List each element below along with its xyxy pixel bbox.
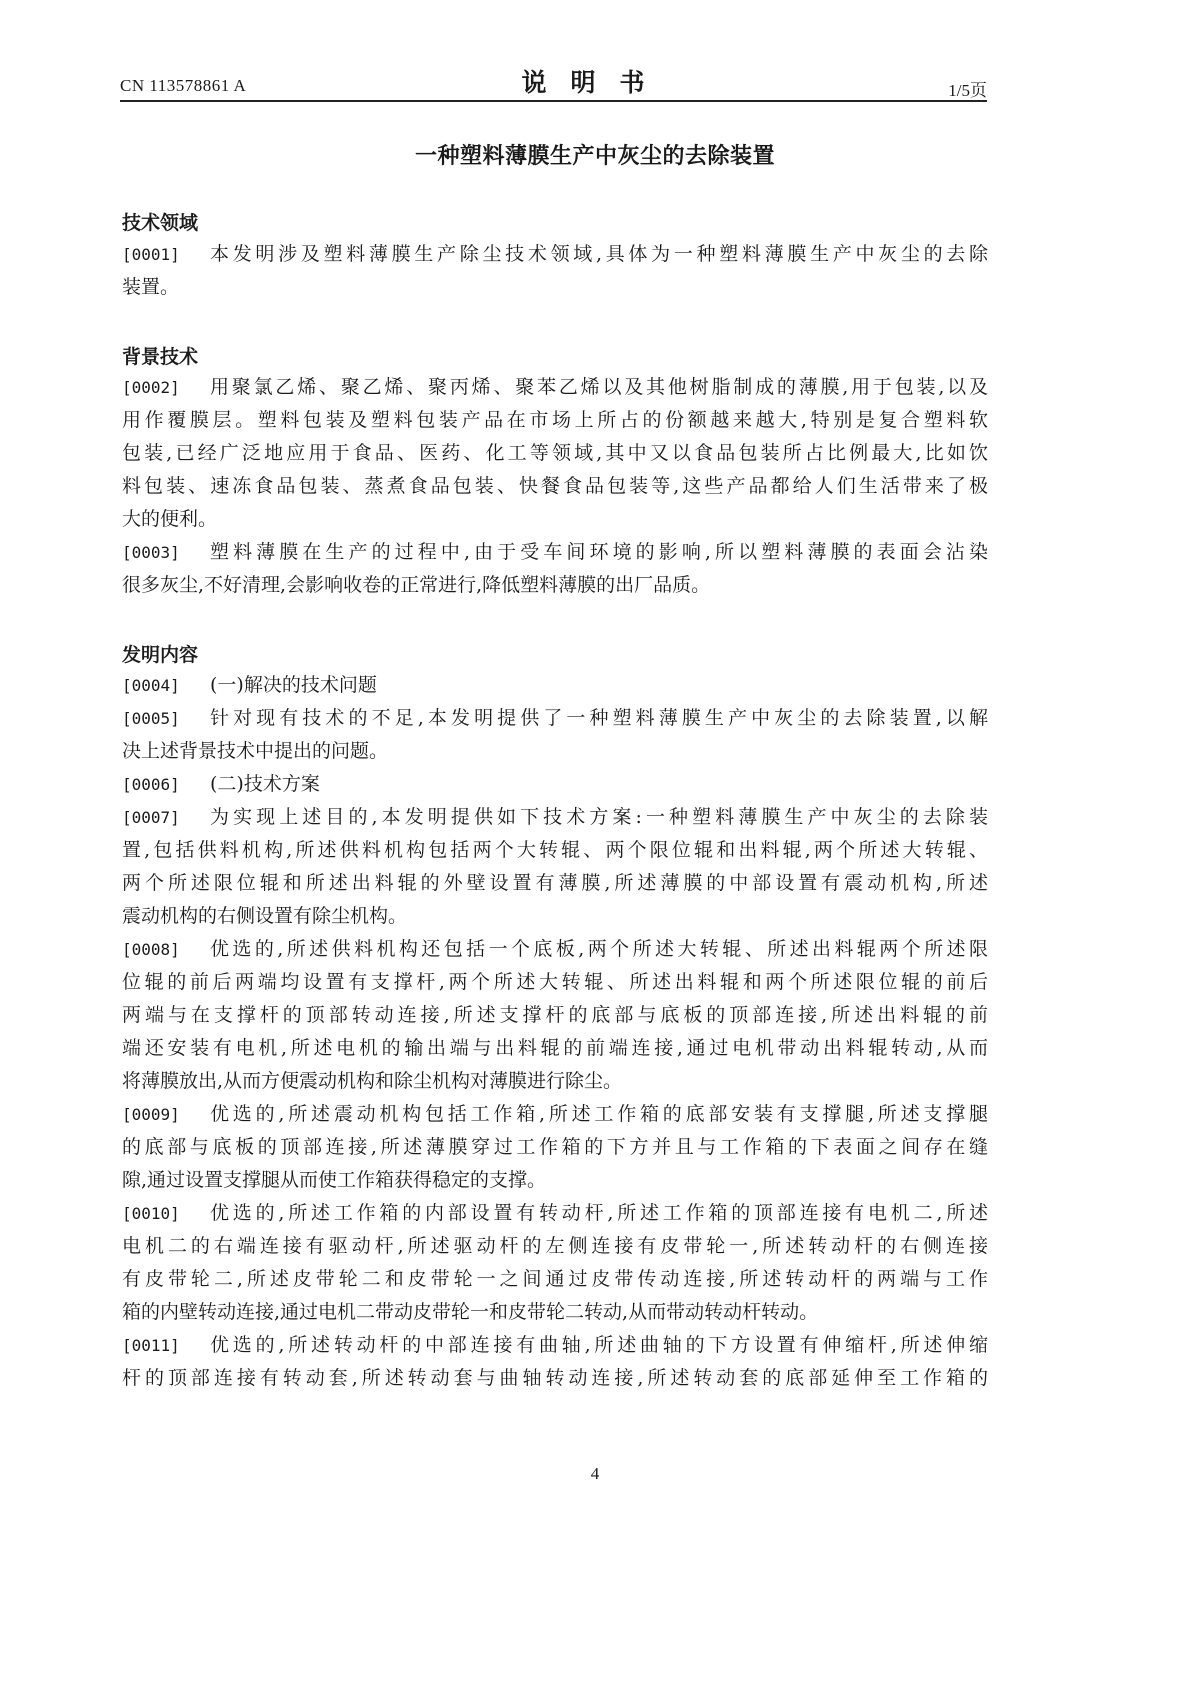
paragraph-line: 位辊的前后两端均设置有支撑杆,两个所述大转辊、所述出料辊和两个所述限位辊的前后 <box>122 970 988 994</box>
paragraph-line: 置,包括供料机构,所述供料机构包括两个大转辊、两个限位辊和出料辊,两个所述大转辊… <box>122 838 988 862</box>
paragraph-line: 优选的,所述震动机构包括工作箱,所述工作箱的底部安装有支撑腿,所述支撑腿 <box>210 1102 988 1126</box>
paragraph-number: [0004] <box>122 676 180 695</box>
paragraph-number: [0001] <box>122 245 180 264</box>
paragraph-number: [0008] <box>122 940 180 959</box>
paragraph-line: 本发明涉及塑料薄膜生产除尘技术领域,具体为一种塑料薄膜生产中灰尘的去除 <box>210 242 988 266</box>
paragraph-line: 为实现上述目的,本发明提供如下技术方案:一种塑料薄膜生产中灰尘的去除装 <box>210 805 988 829</box>
paragraph-line: 很多灰尘,不好清理,会影响收卷的正常进行,降低塑料薄膜的出厂品质。 <box>122 573 988 597</box>
paragraph-line: 用聚氯乙烯、聚乙烯、聚丙烯、聚苯乙烯以及其他树脂制成的薄膜,用于包装,以及 <box>210 375 988 399</box>
paragraph-line: 两个所述限位辊和所述出料辊的外壁设置有薄膜,所述薄膜的中部设置有震动机构,所述 <box>122 871 988 895</box>
page-number: 4 <box>0 1464 1190 1484</box>
paragraph-number: [0011] <box>122 1336 180 1355</box>
paragraph-line: 的底部与底板的顶部连接,所述薄膜穿过工作箱的下方并且与工作箱的下表面之间存在缝 <box>122 1135 988 1159</box>
paragraph-line: (二)技术方案 <box>210 772 988 796</box>
paragraph-line: 装置。 <box>122 275 988 299</box>
header-rule <box>120 100 987 102</box>
paragraph-number: [0009] <box>122 1105 180 1124</box>
paragraph-line: 杆的顶部连接有转动套,所述转动套与曲轴转动连接,所述转动套的底部延伸至工作箱的 <box>122 1366 988 1390</box>
paragraph-line: 端还安装有电机,所述电机的输出端与出料辊的前端连接,通过电机带动出料辊转动,从而 <box>122 1036 988 1060</box>
paragraph-line: 优选的,所述工作箱的内部设置有转动杆,所述工作箱的顶部连接有电机二,所述 <box>210 1201 988 1225</box>
document-title: 一种塑料薄膜生产中灰尘的去除装置 <box>0 139 1190 170</box>
paragraph-number: [0010] <box>122 1204 180 1223</box>
paragraph-number: [0007] <box>122 808 180 827</box>
paragraph-line: 优选的,所述转动杆的中部连接有曲轴,所述曲轴的下方设置有伸缩杆,所述伸缩 <box>210 1333 988 1357</box>
paragraph-line: 针对现有技术的不足,本发明提供了一种塑料薄膜生产中灰尘的去除装置,以解 <box>210 706 988 730</box>
paragraph-line: 料包装、速冻食品包装、蒸煮食品包装、快餐食品包装等,这些产品都给人们生活带来了极 <box>122 474 988 498</box>
section-heading-invention-content: 发明内容 <box>122 640 198 667</box>
paragraph-line: 电机二的右端连接有驱动杆,所述驱动杆的左侧连接有皮带轮一,所述转动杆的右侧连接 <box>122 1234 988 1258</box>
paragraph-line: 隙,通过设置支撑腿从而使工作箱获得稳定的支撑。 <box>122 1168 988 1192</box>
paragraph-line: 震动机构的右侧设置有除尘机构。 <box>122 904 988 928</box>
doc-type-title: 说明书 <box>0 63 1190 99</box>
paragraph-line: 塑料薄膜在生产的过程中,由于受车间环境的影响,所以塑料薄膜的表面会沾染 <box>210 540 988 564</box>
paragraph-line: 决上述背景技术中提出的问题。 <box>122 739 988 763</box>
paragraph-number: [0005] <box>122 709 180 728</box>
paragraph-line: 箱的内壁转动连接,通过电机二带动皮带轮一和皮带轮二转动,从而带动转动杆转动。 <box>122 1300 988 1324</box>
section-heading-background: 背景技术 <box>122 342 198 369</box>
paragraph-number: [0006] <box>122 775 180 794</box>
paragraph-line: 用作覆膜层。塑料包装及塑料包装产品在市场上所占的份额越来越大,特别是复合塑料软 <box>122 408 988 432</box>
paragraph-number: [0003] <box>122 543 180 562</box>
paragraph-line: 将薄膜放出,从而方便震动机构和除尘机构对薄膜进行除尘。 <box>122 1069 988 1093</box>
paragraph-line: 有皮带轮二,所述皮带轮二和皮带轮一之间通过皮带传动连接,所述转动杆的两端与工作 <box>122 1267 988 1291</box>
paragraph-line: 优选的,所述供料机构还包括一个底板,两个所述大转辊、所述出料辊两个所述限 <box>210 937 988 961</box>
page-info: 1/5页 <box>948 76 987 101</box>
paragraph-line: 包装,已经广泛地应用于食品、医药、化工等领域,其中又以食品包装所占比例最大,比如… <box>122 441 988 465</box>
section-heading-technical-field: 技术领域 <box>122 208 198 235</box>
paragraph-number: [0002] <box>122 378 180 397</box>
paragraph-line: 大的便利。 <box>122 507 988 531</box>
paragraph-line: (一)解决的技术问题 <box>210 673 988 697</box>
paragraph-line: 两端与在支撑杆的顶部转动连接,所述支撑杆的底部与底板的顶部连接,所述出料辊的前 <box>122 1003 988 1027</box>
